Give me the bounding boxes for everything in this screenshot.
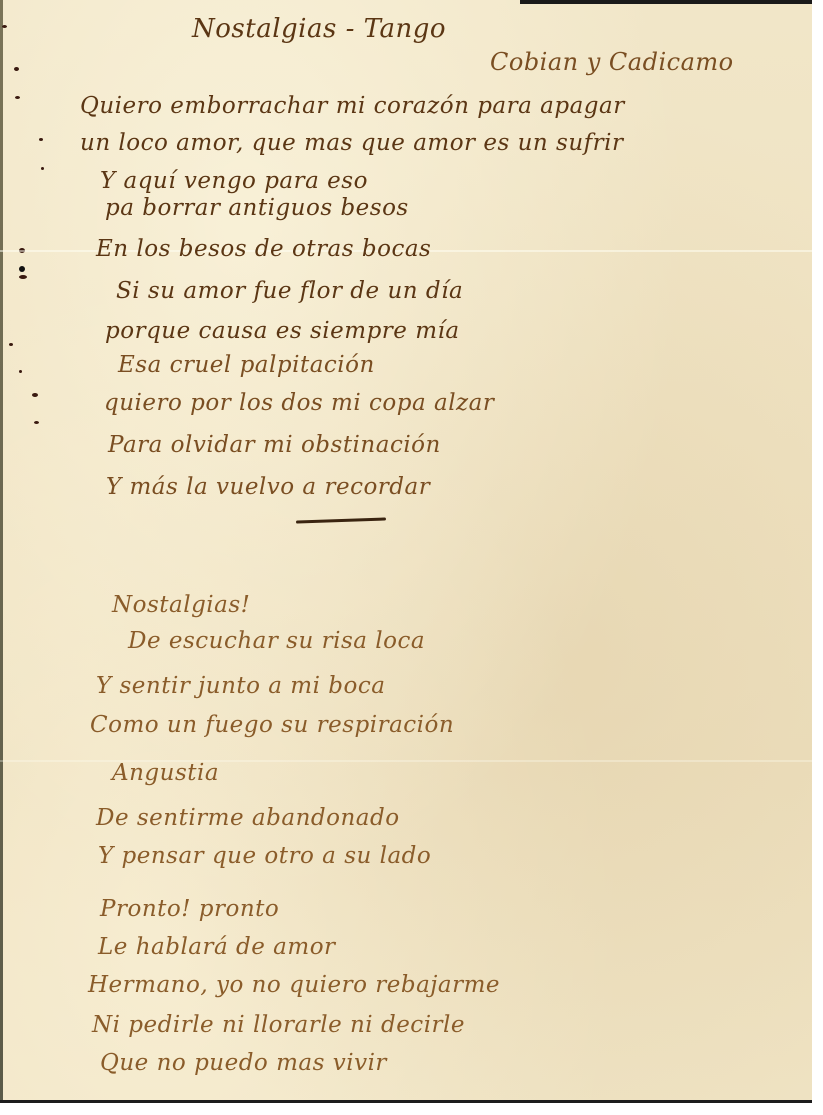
lyric-line: Y sentir junto a mi boca [96, 673, 385, 699]
lyric-line: De sentirme abandonado [96, 805, 400, 831]
scan-border-top [520, 0, 823, 4]
lyric-line: pa borrar antiguos besos [105, 195, 409, 221]
lyric-line: Hermano, yo no quiero rebajarme [88, 972, 500, 998]
lyric-line: un loco amor, que mas que amor es un suf… [80, 130, 624, 156]
punch-mark [15, 96, 20, 99]
punch-mark [9, 343, 13, 346]
lyric-line: Esa cruel palpitación [118, 352, 375, 378]
manuscript-page: Nostalgias - Tango Cobian y Cadicamo Qui… [0, 0, 814, 1102]
lyric-line: Angustia [112, 760, 219, 786]
lyric-line: En los besos de otras bocas [96, 236, 431, 262]
lyric-line: Ni pedirle ni llorarle ni decirle [92, 1012, 465, 1038]
punch-mark [32, 393, 38, 397]
lyric-line: Para olvidar mi obstinación [108, 432, 441, 458]
paper-left-edge [0, 0, 3, 1102]
lyric-line: Que no puedo mas vivir [100, 1050, 387, 1076]
lyric-line: Como un fuego su respiración [90, 712, 454, 738]
punch-mark [19, 275, 27, 279]
punch-mark [34, 421, 39, 424]
song-authors: Cobian y Cadicamo [490, 48, 734, 76]
punch-mark [19, 266, 25, 272]
scan-margin-right [812, 0, 823, 1115]
lyric-line: Nostalgias! [112, 592, 250, 618]
punch-mark [39, 138, 43, 141]
punch-mark [14, 67, 19, 71]
lyric-line: quiero por los dos mi copa alzar [104, 390, 494, 416]
punch-mark [2, 25, 7, 28]
lyric-line: Pronto! pronto [100, 896, 279, 922]
lyric-line: De escuchar su risa loca [128, 628, 425, 654]
lyric-line: Le hablará de amor [98, 934, 336, 960]
lyric-line: Y aquí vengo para eso [100, 168, 368, 194]
section-divider [296, 517, 386, 523]
song-title: Nostalgias - Tango [192, 14, 446, 44]
scan-border-bottom [0, 1100, 812, 1103]
lyric-line: Y más la vuelvo a recordar [106, 474, 430, 500]
lyric-line: Y pensar que otro a su lado [98, 843, 431, 869]
lyric-line: Quiero emborrachar mi corazón para apaga… [80, 93, 625, 119]
punch-mark [41, 167, 44, 170]
punch-mark [19, 370, 22, 373]
lyric-line: porque causa es siempre mía [105, 318, 460, 344]
lyric-line: Si su amor fue flor de un día [116, 278, 463, 304]
